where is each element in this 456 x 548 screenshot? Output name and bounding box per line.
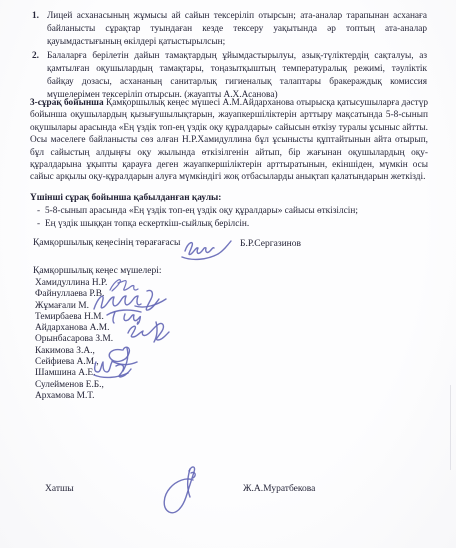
- member-name: Сейфиева А.М.,: [35, 357, 195, 368]
- scanned-protocol-document: 1. Лицей асханасының жұмысы ай сайын тек…: [0, 0, 456, 548]
- secretary-signature: [158, 462, 208, 520]
- resolution-heading: Үшінші сұрақ бойынша қабылданған қаулы:: [30, 192, 428, 205]
- decision-list: 1. Лицей асханасының жұмысы ай сайын тек…: [30, 10, 427, 103]
- resolution-item: - Ең үздік шыққан топқа ескерткіш-сыйлық…: [30, 218, 428, 231]
- chairman-signature: [178, 235, 236, 263]
- member-name: Шамшина А.Е.: [35, 368, 195, 379]
- question3-lead: 3-сұрақ бойынша: [30, 98, 104, 108]
- member-name: Сулейменов Е.Б.,: [35, 380, 195, 391]
- member-name: Архамова М.Т.: [35, 391, 195, 402]
- member-name: Орынбасарова З.М.: [35, 334, 195, 345]
- member-name: Темирбаева Н.М.: [35, 312, 195, 323]
- decision-item-2: 2. Балаларға берілетін дайын тамақтардың…: [30, 50, 427, 102]
- scan-artifact-line: [450, 385, 451, 470]
- decision-text: Лицей асханасының жұмысы ай сайын тексер…: [47, 10, 427, 49]
- secretary-name: Ж.А.Муратбекова: [243, 484, 315, 494]
- member-name: Жұмағали М.: [35, 301, 195, 312]
- resolution-item-text: Ең үздік шыққан топқа ескерткіш-сыйлық б…: [45, 218, 249, 231]
- question3-text: Қамқоршылық кеңес мүшесі А.М.Айдарханова…: [30, 98, 428, 182]
- decision-number: 1.: [30, 10, 47, 49]
- dash-bullet: -: [30, 218, 45, 231]
- members-list: Хамидуллина Н.Р. Файнуллаева Р.В. Жұмаға…: [35, 278, 195, 402]
- member-name: Файнуллаева Р.В.: [35, 289, 195, 300]
- member-name: Хамидуллина Н.Р.: [35, 278, 195, 289]
- decision-number: 2.: [30, 50, 47, 102]
- member-name: Айдарханова А.М.: [35, 323, 195, 334]
- decision-text: Балаларға берілетін дайын тамақтардың ұй…: [47, 50, 427, 102]
- member-name: Какимова З.А.,: [35, 346, 195, 357]
- resolution-item: - 5-8-сынып арасында «Ең үздік топ-ең үз…: [30, 205, 428, 218]
- dash-bullet: -: [30, 205, 45, 218]
- question3-paragraph: 3-сұрақ бойынша Қамқоршылық кеңес мүшесі…: [30, 97, 428, 184]
- decision-item-1: 1. Лицей асханасының жұмысы ай сайын тек…: [30, 10, 427, 49]
- resolution-block: Үшінші сұрақ бойынша қабылданған қаулы: …: [30, 192, 428, 231]
- chairman-label: Қамқоршылық кеңесінің төрағағасы: [33, 238, 180, 248]
- secretary-label: Хатшы: [45, 484, 74, 494]
- resolution-item-text: 5-8-сынып арасында «Ең үздік топ-ең үзді…: [45, 205, 358, 218]
- chairman-name: Б.Р.Сергазинов: [240, 239, 301, 249]
- members-heading: Қамқоршылық кеңес мүшелері:: [33, 266, 162, 276]
